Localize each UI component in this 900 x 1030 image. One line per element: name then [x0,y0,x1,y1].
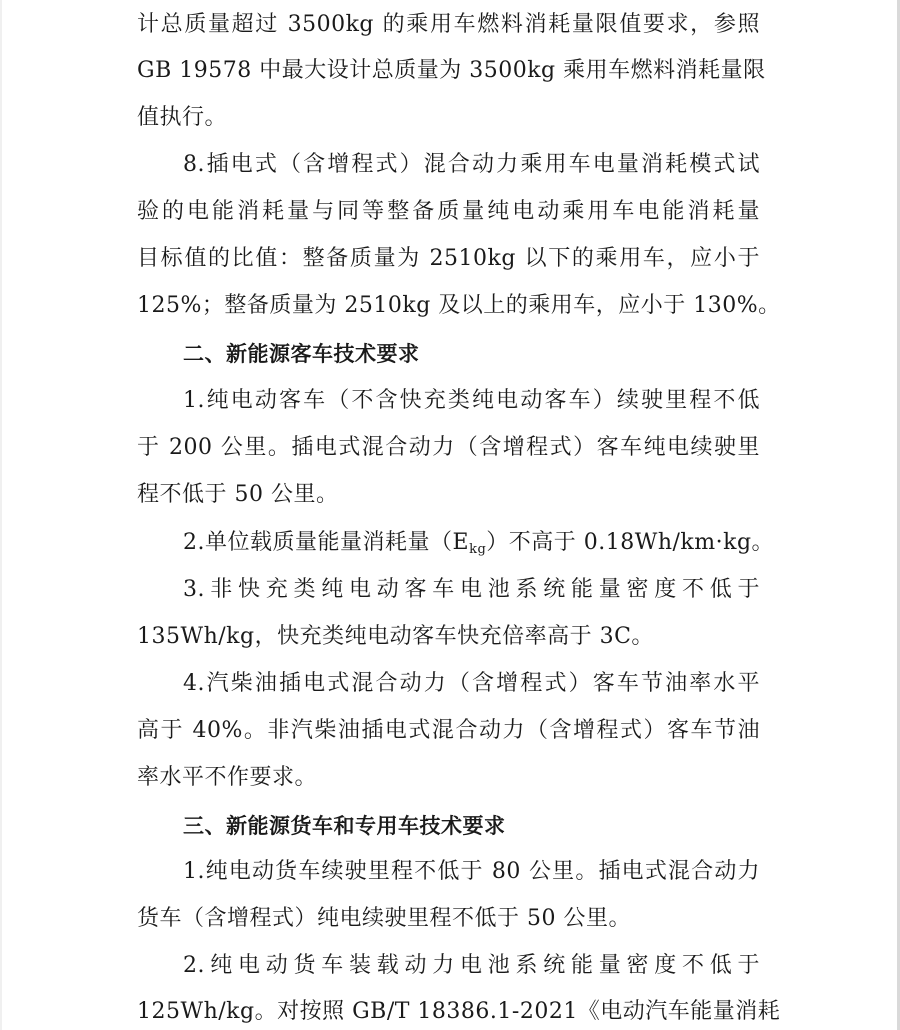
text-line: 货车（含增程式）纯电续驶里程不低于 50 公里。 [137,902,760,936]
text-line: 125%；整备质量为 2510kg 及以上的乘用车，应小于 130%。 [137,289,760,323]
list-item-2: 2.单位载质量能量消耗量（Ekg）不高于 0.18Wh/km·kg。 [137,526,760,560]
text-segment: ）不高于 0.18Wh/km·kg。 [486,530,774,555]
text-line: 值执行。 [137,101,760,135]
list-item-8: 8.插电式（含增程式）混合动力乘用车电量消耗模式试 [137,148,760,182]
text-line: 目标值的比值：整备质量为 2510kg 以下的乘用车，应小于 [137,242,760,276]
section-heading-truck: 三、新能源货车和专用车技术要求 [137,809,760,843]
text-line: 125Wh/kg。对按照 GB/T 18386.1-2021《电动汽车能量消耗 [137,995,760,1029]
list-item-1: 1.纯电动客车（不含快充类纯电动客车）续驶里程不低 [137,384,760,418]
section-heading-bus: 二、新能源客车技术要求 [137,337,760,371]
text-line: 率水平不作要求。 [137,761,760,795]
page-edge-left [0,0,2,1030]
list-item-2: 2.纯电动货车装载动力电池系统能量密度不低于 [137,949,760,983]
text-segment: 2.单位载质量能量消耗量（E [183,530,469,555]
text-line: 程不低于 50 公里。 [137,478,760,512]
text-line: 135Wh/kg，快充类纯电动客车快充倍率高于 3C。 [137,620,760,654]
text-line: GB 19578 中最大设计总质量为 3500kg 乘用车燃料消耗量限 [137,54,760,88]
list-item-1: 1.纯电动货车续驶里程不低于 80 公里。插电式混合动力 [137,855,760,889]
text-line: 计总质量超过 3500kg 的乘用车燃料消耗量限值要求，参照 [137,8,760,42]
list-item-4: 4.汽柴油插电式混合动力（含增程式）客车节油率水平 [137,667,760,701]
list-item-3: 3.非快充类纯电动客车电池系统能量密度不低于 [137,573,760,607]
text-line: 验的电能消耗量与同等整备质量纯电动乘用车电能消耗量 [137,195,760,229]
text-line: 高于 40%。非汽柴油插电式混合动力（含增程式）客车节油 [137,714,760,748]
document-page: 计总质量超过 3500kg 的乘用车燃料消耗量限值要求，参照 GB 19578 … [137,0,760,1030]
text-line: 于 200 公里。插电式混合动力（含增程式）客车纯电续驶里 [137,431,760,465]
subscript: kg [469,542,486,557]
